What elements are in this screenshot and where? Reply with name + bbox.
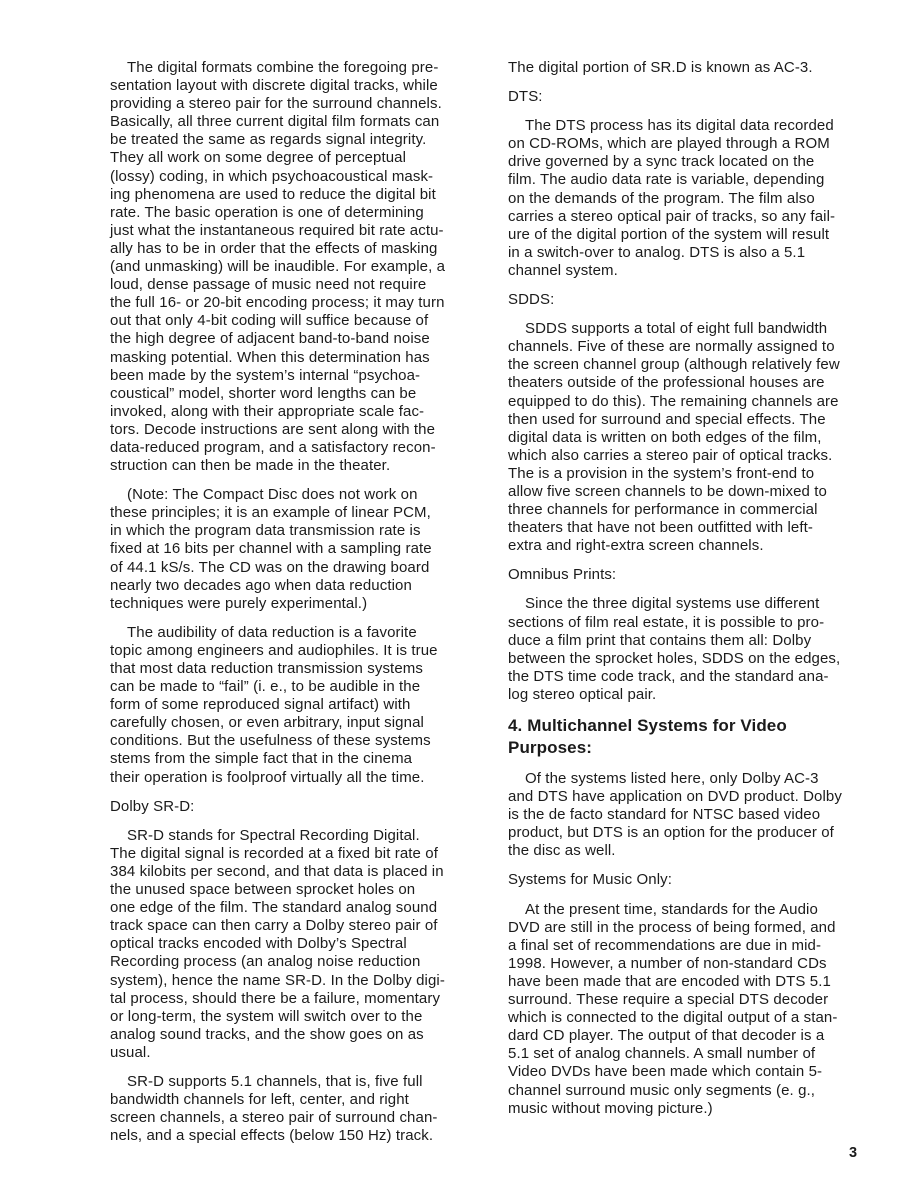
subheading-dolby-sr-d: Dolby SR-D: bbox=[110, 798, 482, 816]
paragraph-audibility: The audibility of data reduction is a fa… bbox=[110, 624, 482, 787]
paragraph-dts-process: The DTS process has its digital data rec… bbox=[508, 117, 880, 280]
paragraph-ac3-continuation: The digital portion of SR.D is known as … bbox=[508, 59, 880, 77]
paragraph-audio-dvd: At the present time, standards for the A… bbox=[508, 901, 880, 1118]
paragraph-sdds-supports: SDDS supports a total of eight full band… bbox=[508, 320, 880, 555]
subheading-dts: DTS: bbox=[508, 88, 880, 106]
paragraph-srd-stands-for: SR-D stands for Spectral Recording Digit… bbox=[110, 827, 482, 1062]
paragraph-srd-supports: SR-D supports 5.1 channels, that is, fiv… bbox=[110, 1073, 482, 1145]
subheading-omnibus-prints: Omnibus Prints: bbox=[508, 566, 880, 584]
subheading-systems-for-music-only: Systems for Music Only: bbox=[508, 871, 880, 889]
page-number: 3 bbox=[849, 1145, 857, 1161]
paragraph-digital-formats: The digital formats combine the foregoin… bbox=[110, 59, 482, 475]
paragraph-dvd-systems: Of the systems listed here, only Dolby A… bbox=[508, 770, 880, 860]
paragraph-note-compact-disc: (Note: The Compact Disc does not work on… bbox=[110, 486, 482, 613]
section-heading-multichannel-video: 4. Multichannel Systems for Video Purpos… bbox=[508, 715, 880, 758]
right-column: The digital portion of SR.D is known as … bbox=[508, 59, 880, 1156]
paragraph-omnibus: Since the three digital systems use diff… bbox=[508, 595, 880, 704]
two-column-layout: The digital formats combine the foregoin… bbox=[110, 59, 880, 1156]
subheading-sdds: SDDS: bbox=[508, 291, 880, 309]
document-page: The digital formats combine the foregoin… bbox=[0, 0, 920, 1191]
left-column: The digital formats combine the foregoin… bbox=[110, 59, 482, 1156]
